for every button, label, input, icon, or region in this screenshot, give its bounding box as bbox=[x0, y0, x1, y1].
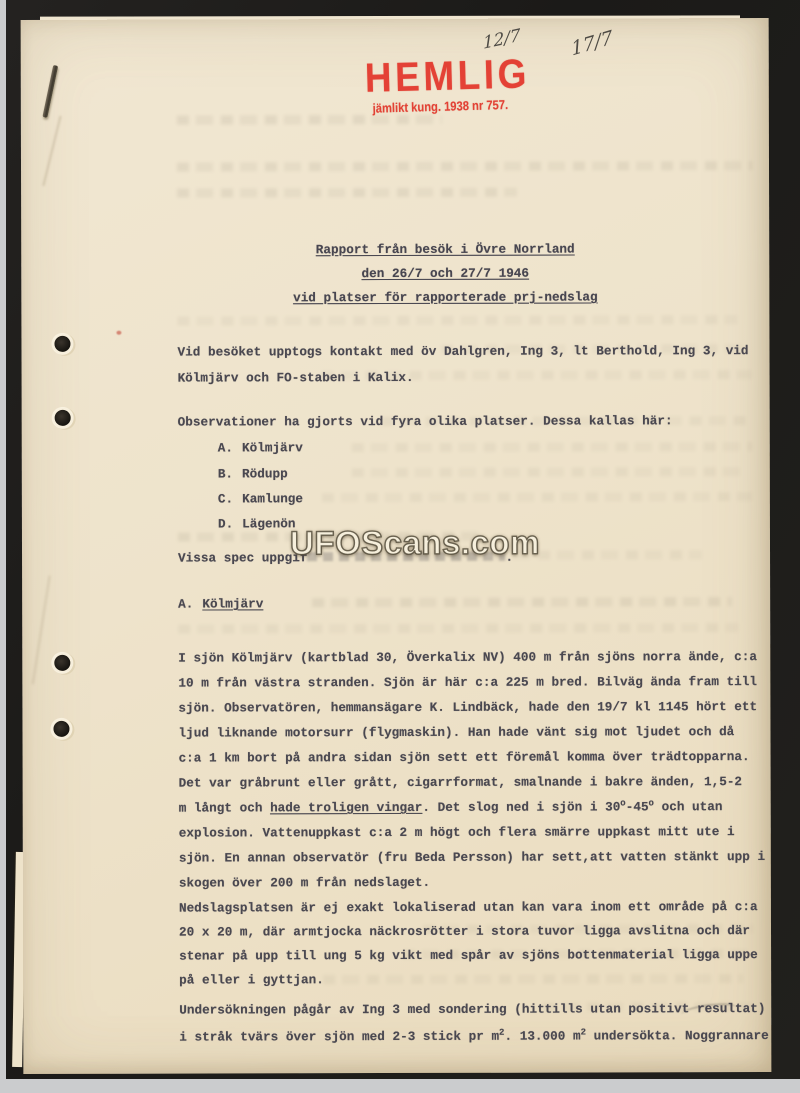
ufoscans-watermark: UFOScans.com bbox=[290, 525, 540, 562]
typewritten-line: ljud liknande motorsurr (flygmaskin). Ha… bbox=[178, 724, 734, 740]
red-ink-speck bbox=[116, 331, 121, 335]
text-segment: . Det slog ned i sjön i 30 bbox=[422, 799, 620, 815]
typewritten-line: Vid besöket upptogs kontakt med öv Dahlg… bbox=[177, 343, 748, 359]
stamp-word: HEMLIG bbox=[364, 54, 514, 99]
bleed-through-line bbox=[177, 188, 517, 198]
paper-sheet: 12/7 17/7 HEMLIG jämlikt kung. 1938 nr 7… bbox=[21, 18, 772, 1074]
typewritten-line: Undersökningen pågår av Ing 3 med sonder… bbox=[179, 1001, 765, 1018]
scanned-document-page: { "page": { "date_marks": { "first": "12… bbox=[0, 0, 800, 1093]
spec-note-visible: Vissa spec uppgif bbox=[178, 550, 307, 565]
typewritten-line: på eller i gyttjan. bbox=[179, 972, 324, 987]
report-title-line: den 26/7 och 27/7 1946 bbox=[155, 261, 735, 287]
typewritten-line: i stråk tvärs över sjön med 2-3 stick pr… bbox=[179, 1028, 769, 1047]
handwritten-date-mark: 17/7 bbox=[570, 28, 613, 59]
typewritten-line: I sjön Kölmjärv (kartblad 30, Överkalix … bbox=[178, 649, 757, 666]
typewritten-line: stenar på upp till ung 5 kg vikt med spå… bbox=[179, 947, 758, 964]
square-meter-superscript: 2 bbox=[581, 1028, 586, 1038]
bleed-through-line bbox=[352, 467, 742, 477]
typewritten-line: skogen över 200 m från nedslaget. bbox=[179, 875, 430, 891]
bleed-through-line bbox=[352, 442, 752, 452]
site-list-item: D.Lägenön bbox=[218, 516, 296, 531]
section-name: Kölmjärv bbox=[202, 596, 263, 611]
text-segment: m långt och bbox=[179, 800, 270, 815]
typewritten-line: Kölmjärv och FO-staben i Kalix. bbox=[178, 370, 414, 386]
site-name: Kamlunge bbox=[242, 491, 303, 506]
text-segment: . 13.000 m bbox=[504, 1029, 580, 1044]
degree-superscript: o bbox=[649, 798, 654, 808]
site-name: Rödupp bbox=[242, 466, 288, 481]
typewritten-line: c:a 1 km bort på andra sidan sjön sett e… bbox=[179, 749, 750, 765]
site-name: Kölmjärv bbox=[242, 440, 303, 455]
site-list-item: C.Kamlunge bbox=[218, 491, 303, 506]
section-label: A. bbox=[178, 597, 193, 612]
report-title: Rapport från besök i Övre Norrland den 2… bbox=[155, 237, 735, 311]
text-segment: i stråk tvärs över sjön med 2-3 stick pr… bbox=[179, 1029, 499, 1045]
site-label: B. bbox=[218, 466, 233, 481]
typewritten-line: Observationer ha gjorts vid fyra olika p… bbox=[178, 413, 673, 429]
bleed-through-line bbox=[312, 597, 732, 607]
site-label: D. bbox=[218, 516, 233, 531]
text-segment: undersökta. Noggrannare bbox=[586, 1028, 769, 1043]
square-meter-superscript: 2 bbox=[499, 1028, 504, 1038]
bleed-through-line bbox=[177, 161, 752, 172]
report-title-line: vid platser för rapporterade prj-nedslag bbox=[155, 285, 735, 311]
punch-hole bbox=[53, 721, 69, 737]
text-segment: -45 bbox=[626, 799, 649, 814]
site-name: Lägenön bbox=[242, 516, 295, 531]
text-segment: och utan bbox=[654, 799, 723, 814]
bleed-through-line bbox=[322, 492, 752, 502]
typewritten-line: 20 x 20 m, där armtjocka näckrosrötter i… bbox=[179, 923, 750, 939]
bleed-through-line bbox=[177, 315, 737, 325]
staple bbox=[42, 65, 58, 118]
paper-crease bbox=[32, 575, 51, 684]
typewritten-line: Nedslagsplatsen är ej exakt lokaliserad … bbox=[179, 899, 758, 916]
degree-superscript: o bbox=[620, 798, 625, 808]
site-list-item: A.Kölmjärv bbox=[218, 440, 303, 455]
typewritten-line: Det var gråbrunt eller grått, cigarrform… bbox=[179, 774, 742, 790]
stamp-legal-reference: jämlikt kung. 1938 nr 757. bbox=[369, 98, 512, 115]
bleed-through-line bbox=[177, 115, 442, 125]
typewritten-line: sjön. En annan observatör (fru Beda Pers… bbox=[179, 849, 765, 866]
paper-crease bbox=[42, 116, 61, 186]
underlined-phrase: hade troligen vingar bbox=[270, 800, 422, 815]
handwritten-date-mark: 12/7 bbox=[483, 28, 521, 53]
bleed-through-line bbox=[178, 623, 738, 633]
report-title-line: Rapport från besök i Övre Norrland bbox=[155, 237, 735, 263]
bleed-through-line bbox=[323, 974, 743, 984]
typewritten-line: 10 m från västra stranden. Sjön är här c… bbox=[178, 674, 757, 691]
typewritten-line: explosion. Vattenuppkast c:a 2 m högt oc… bbox=[179, 824, 735, 840]
typewritten-line: m långt och hade troligen vingar. Det sl… bbox=[179, 799, 723, 817]
secrecy-stamp: HEMLIG jämlikt kung. 1938 nr 757. bbox=[356, 54, 523, 115]
section-heading: A.Kölmjärv bbox=[178, 596, 263, 611]
punch-hole bbox=[54, 655, 70, 671]
site-label: C. bbox=[218, 491, 233, 506]
punch-hole bbox=[55, 410, 71, 426]
typewritten-line: sjön. Observatören, hemmansägare K. Lind… bbox=[178, 699, 757, 716]
punch-hole bbox=[54, 336, 70, 352]
site-list-item: B.Rödupp bbox=[218, 466, 288, 481]
site-label: A. bbox=[218, 440, 233, 455]
